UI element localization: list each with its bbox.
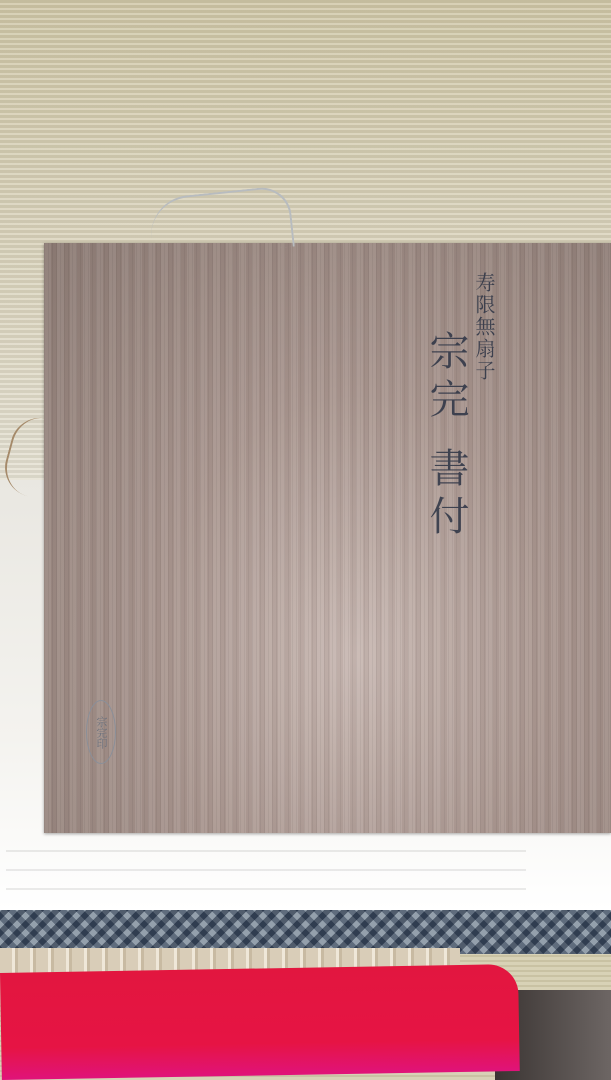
wooden-box-lid xyxy=(44,243,611,833)
seal-stamp: 宗完印 xyxy=(86,700,116,764)
faint-printed-text xyxy=(6,838,526,898)
inscription-large: 宗完 書付 xyxy=(418,330,475,543)
red-felt-cloth xyxy=(0,964,520,1080)
